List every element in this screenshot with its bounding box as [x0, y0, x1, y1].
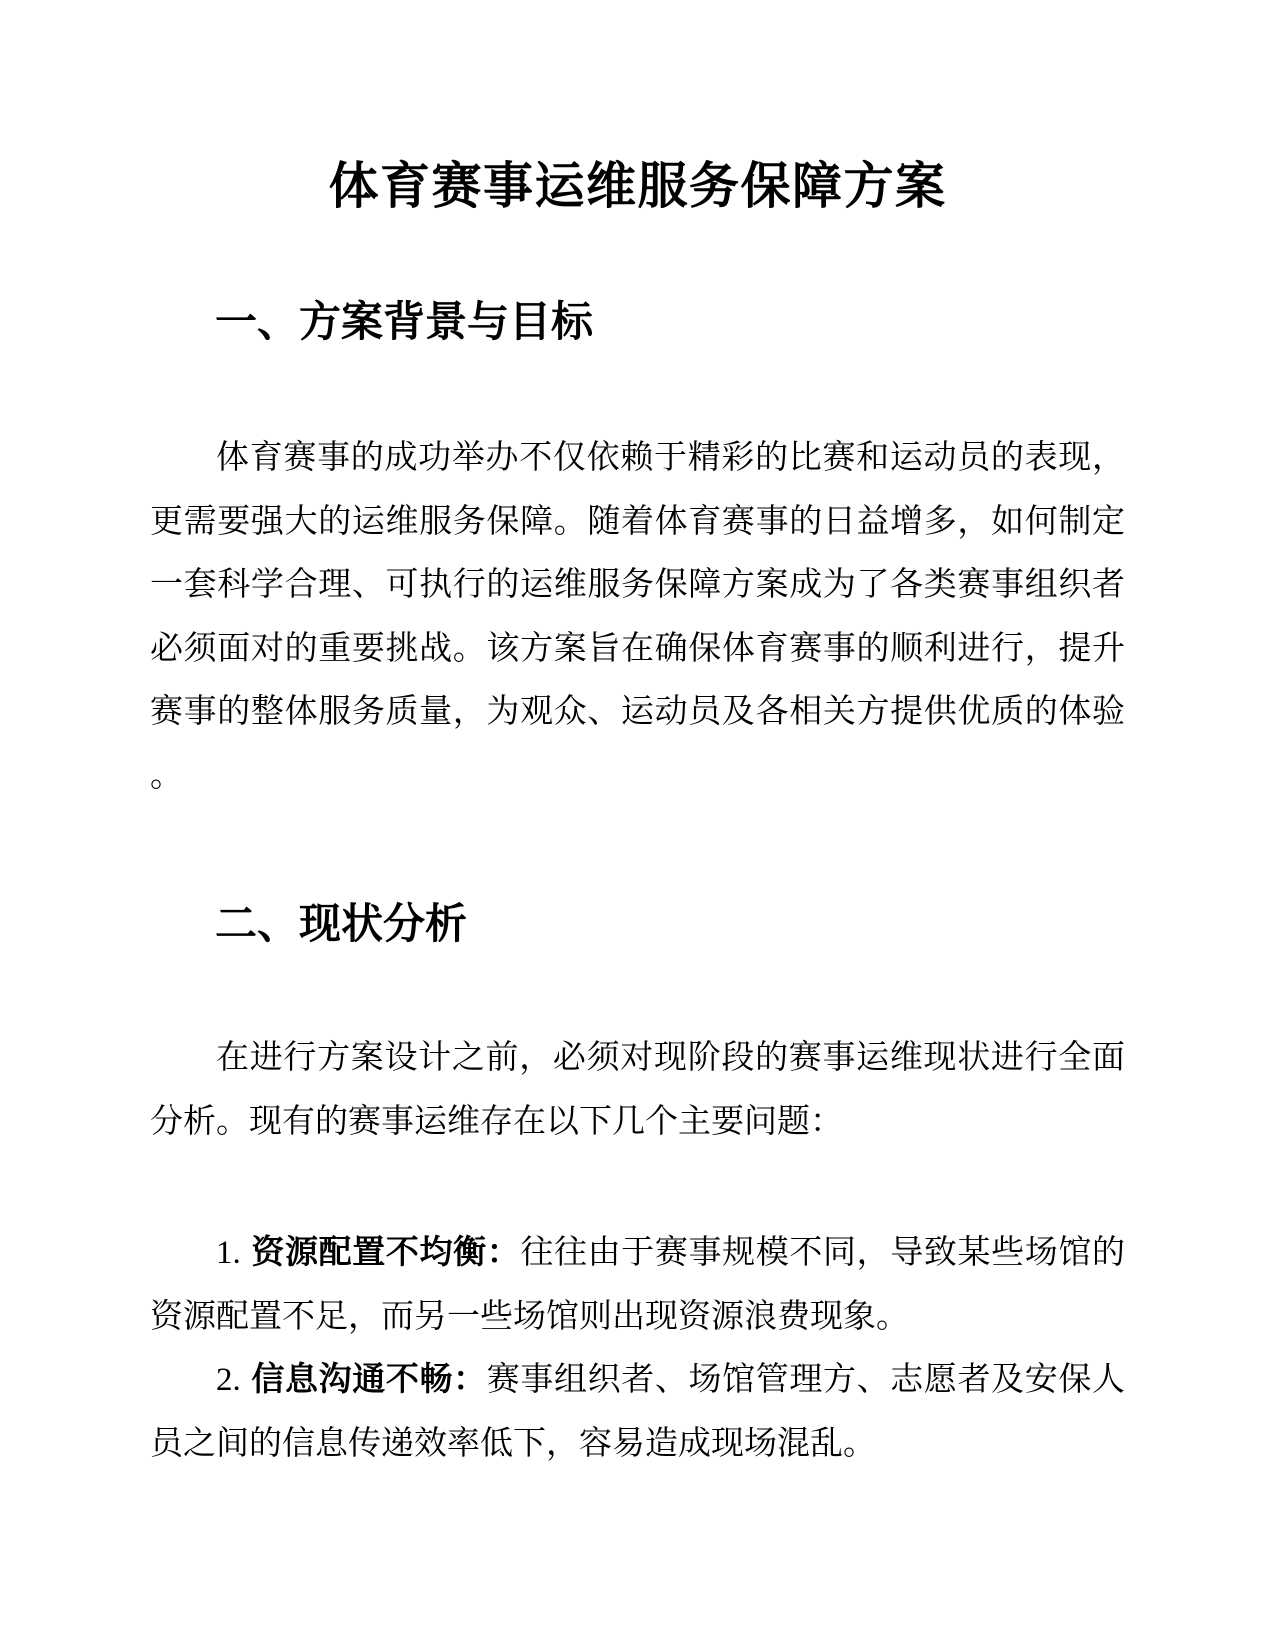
- document-title: 体育赛事运维服务保障方案: [150, 154, 1125, 218]
- list-item-label: 资源配置不均衡：: [251, 1235, 521, 1271]
- section-heading-background-goals: 一、方案背景与目标: [215, 294, 1125, 350]
- list-item-label: 信息沟通不畅：: [251, 1362, 487, 1398]
- paragraph-background: 体育赛事的成功举办不仅依赖于精彩的比赛和运动员的表现，更需要强大的运维服务保障。…: [150, 427, 1125, 808]
- list-item: 1.资源配置不均衡：往往由于赛事规模不同，导致某些场馆的资源配置不足，而另一些场…: [150, 1222, 1125, 1349]
- list-item-number: 1.: [216, 1235, 241, 1271]
- list-item-number: 2.: [216, 1362, 241, 1398]
- paragraph-status-intro: 在进行方案设计之前，必须对现阶段的赛事运维现状进行全面分析。现有的赛事运维存在以…: [150, 1027, 1125, 1154]
- list-item: 2.信息沟通不畅：赛事组织者、场馆管理方、志愿者及安保人员之间的信息传递效率低下…: [150, 1349, 1125, 1476]
- section-heading-status-analysis: 二、现状分析: [215, 896, 1125, 952]
- document-page: 体育赛事运维服务保障方案 一、方案背景与目标 体育赛事的成功举办不仅依赖于精彩的…: [0, 0, 1275, 1650]
